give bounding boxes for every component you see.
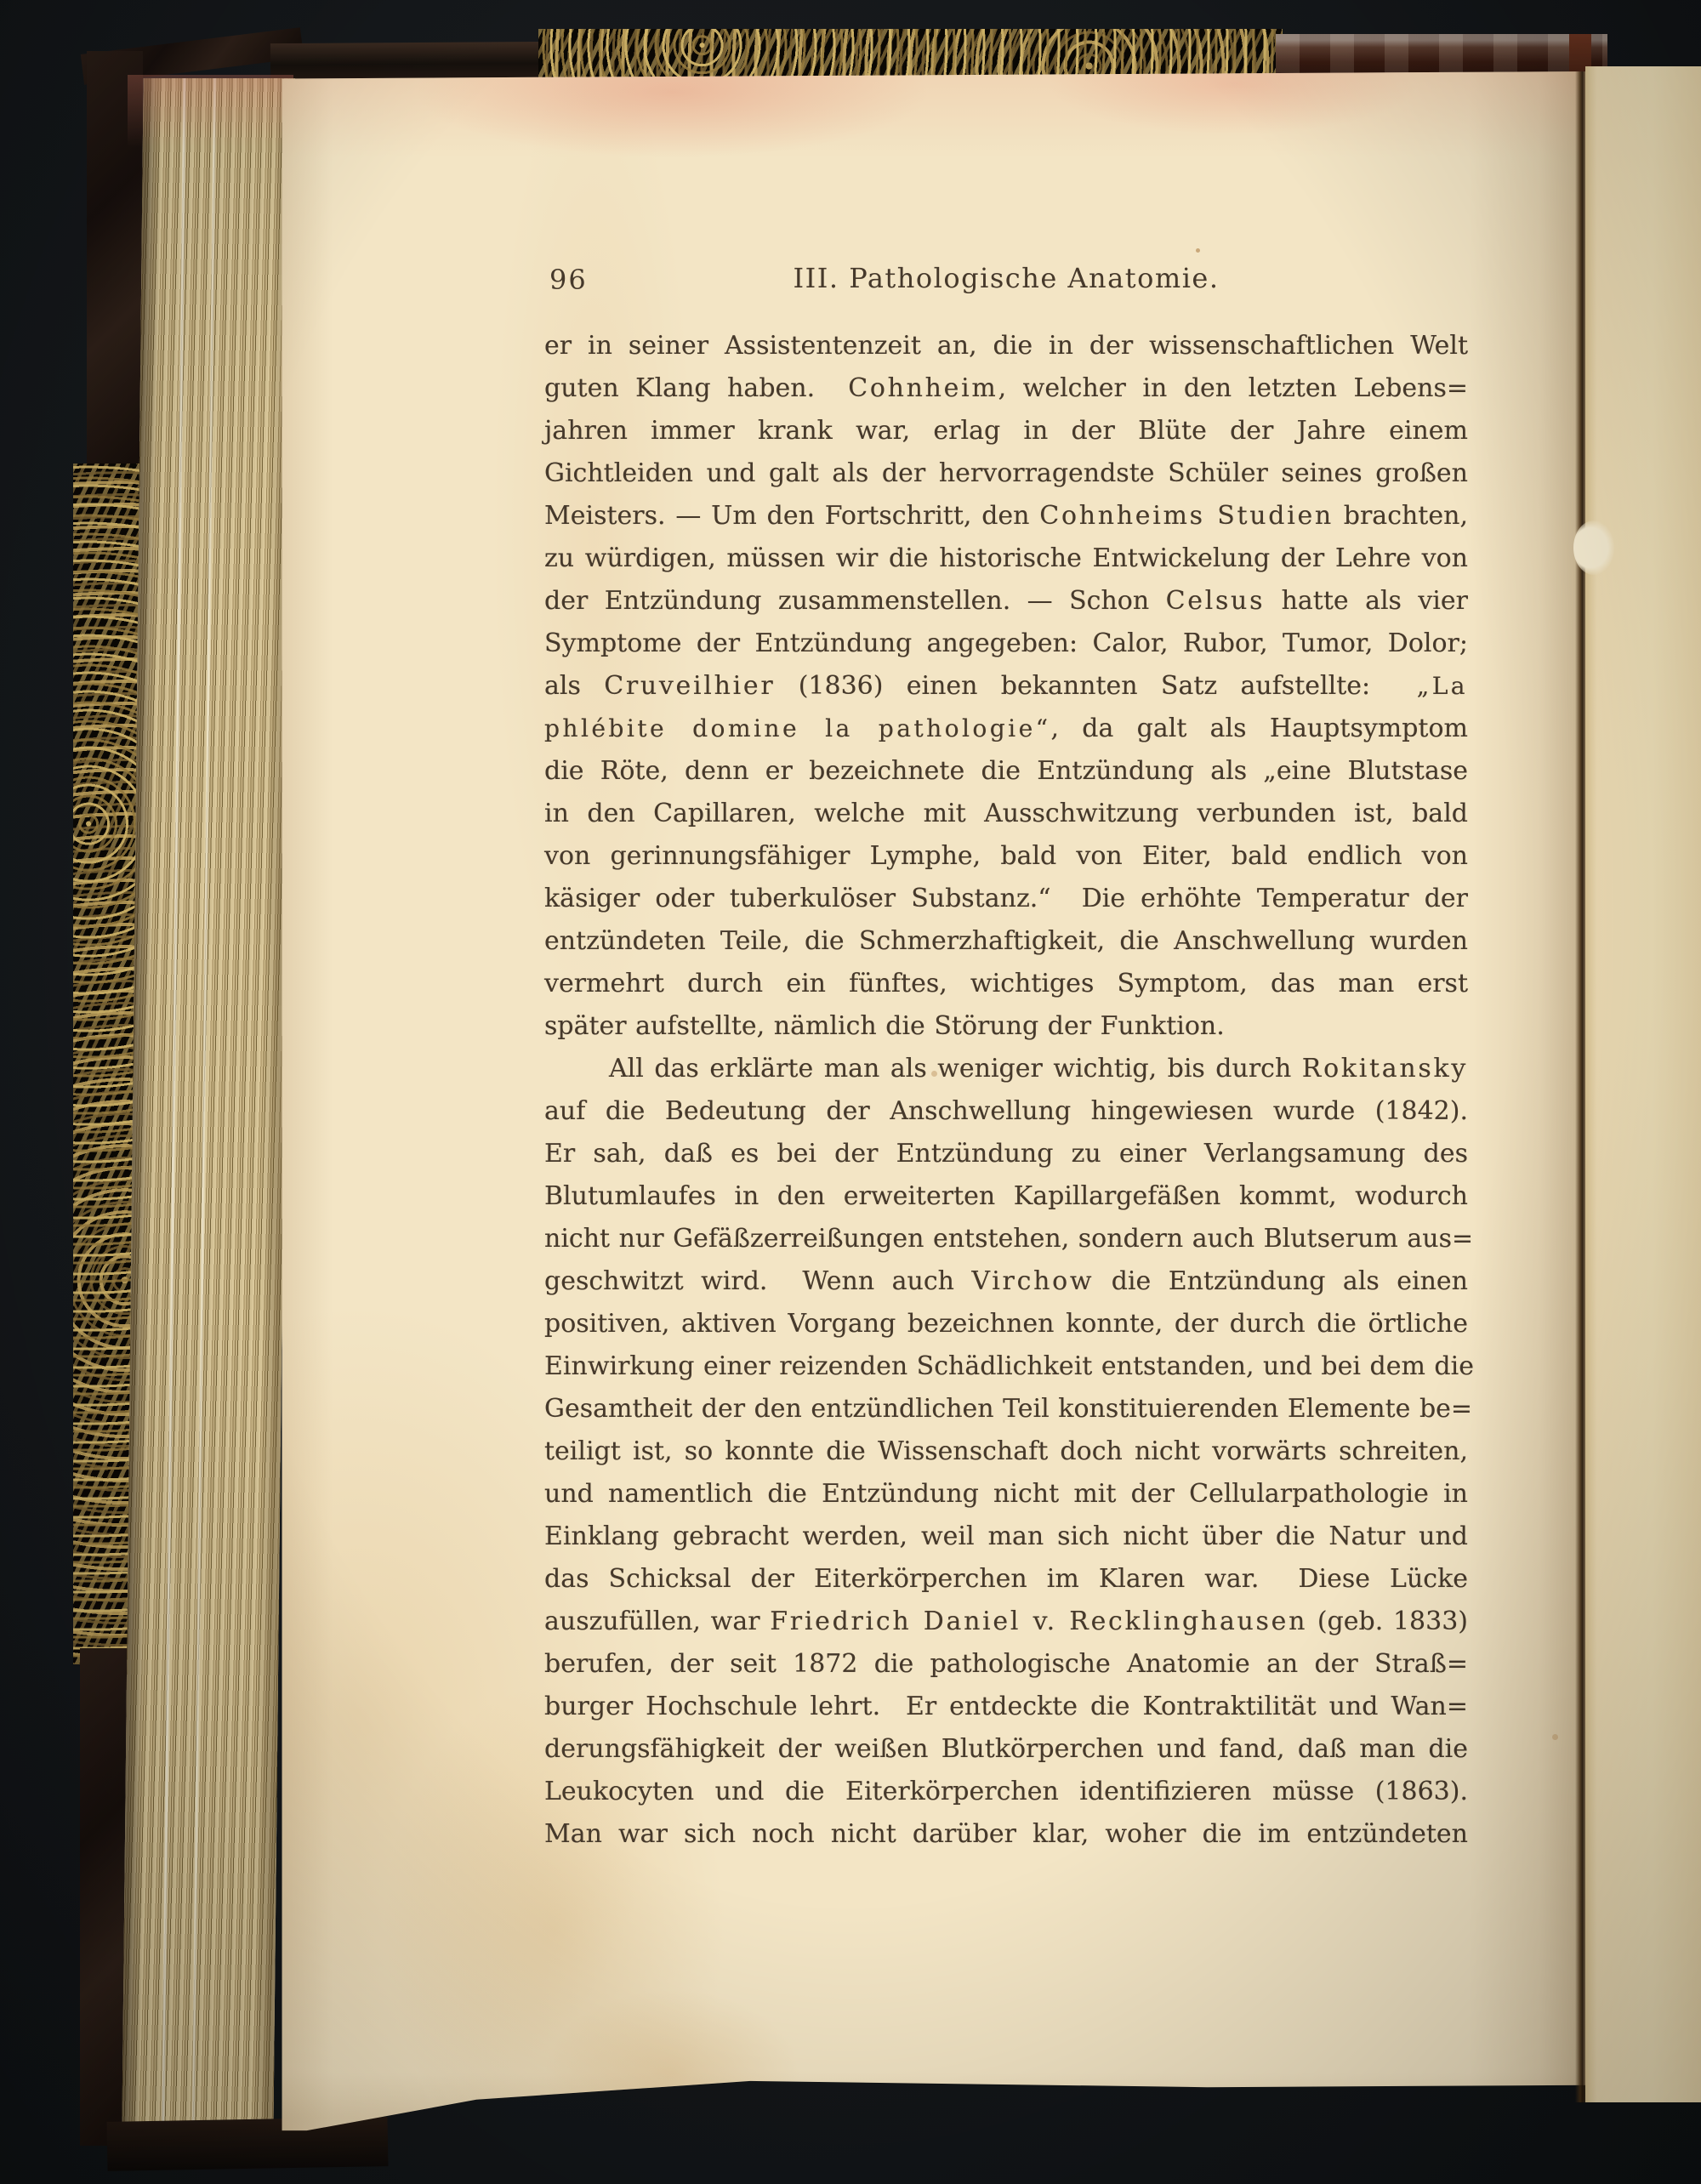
text-segment: , welcher in den letzten Lebens=	[998, 373, 1468, 403]
text-segment: die Entzündung als einen	[1094, 1266, 1468, 1296]
text-segment: in den Capillaren, welche mit Ausschwitz…	[544, 799, 1468, 828]
running-head-title: III. Pathologische Anatomie.	[544, 255, 1468, 294]
text-line: Einwirkung einer reizenden Schädlichkeit…	[544, 1345, 1468, 1388]
page-number: 96	[549, 264, 588, 296]
text-segment: zu würdigen, müssen wir die historische …	[544, 543, 1468, 573]
text-line: berufen, der seit 1872 die pathologische…	[544, 1643, 1468, 1686]
text-segment: Man war sich noch nicht darüber klar, wo…	[544, 1819, 1468, 1849]
text-line: und namentlich die Entzündung nicht mit …	[544, 1473, 1468, 1516]
text-line: Meisters. — Um den Fortschritt, den Cohn…	[544, 495, 1468, 537]
running-header: 96 III. Pathologische Anatomie.	[544, 255, 1468, 304]
text-segment: später aufstellte, nämlich die Störung d…	[544, 1011, 1225, 1041]
text-line: Symptome der Entzündung angegeben: Calor…	[544, 623, 1468, 665]
text-segment: auszufüllen, war	[544, 1607, 770, 1636]
text-line: vermehrt durch ein fünftes, wichtiges Sy…	[544, 963, 1468, 1005]
text-line: entzündeten Teile, die Schmerzhaftigkeit…	[544, 920, 1468, 963]
text-line: teiligt ist, so konnte die Wissenschaft …	[544, 1430, 1468, 1473]
spaced-name: Friedrich Daniel v. Recklinghausen	[770, 1607, 1307, 1636]
text-segment: und namentlich die Entzündung nicht mit …	[544, 1479, 1468, 1509]
text-line: nicht nur Gefäßzerreißungen entstehen, s…	[544, 1218, 1468, 1260]
text-line: von gerinnungsfähiger Lymphe, bald von E…	[544, 835, 1468, 878]
text-line: als Cruveilhier (1836) einen bekannten S…	[544, 665, 1468, 708]
text-segment: guten Klang haben.	[544, 373, 848, 403]
text-line: jahren immer krank war, erlag in der Blü…	[544, 410, 1468, 452]
spaced-name: Virchow	[971, 1266, 1094, 1296]
cover-bottom-edge	[107, 2117, 389, 2171]
text-line: geschwitzt wird. Wenn auch Virchow die E…	[544, 1260, 1468, 1303]
text-line: zu würdigen, müssen wir die historische …	[544, 537, 1468, 580]
text-segment: der Entzündung zusammenstellen. — Schon	[544, 586, 1166, 616]
text-segment: er in seiner Assistentenzeit an, die in …	[544, 331, 1468, 361]
text-line: das Schicksal der Eiterkörperchen im Kla…	[544, 1558, 1468, 1601]
spaced-name: Celsus	[1166, 586, 1266, 616]
text-segment: Blutumlaufes in den erweiterten Kapillar…	[544, 1181, 1468, 1211]
text-segment: burger Hochschule lehrt. Er entdeckte di…	[544, 1692, 1468, 1721]
text-segment: nicht nur Gefäßzerreißungen entstehen, s…	[544, 1224, 1473, 1254]
text-segment: hatte als vier	[1265, 586, 1468, 616]
text-line: die Röte, denn er bezeichnete die Entzün…	[544, 750, 1468, 793]
printed-text-block: 96 III. Pathologische Anatomie. er in se…	[544, 255, 1468, 1856]
text-line: Man war sich noch nicht darüber klar, wo…	[544, 1813, 1468, 1856]
text-segment: Gichtleiden und galt als der hervorragen…	[544, 458, 1468, 488]
text-segment: (1836) einen bekannten Satz aufstellte:	[775, 671, 1416, 701]
paper-flaw	[1573, 520, 1614, 575]
text-line: phlébite domine la pathologie“, da galt …	[544, 708, 1468, 750]
text-line: später aufstellte, nämlich die Störung d…	[544, 1005, 1468, 1048]
page-stack-red-tint	[128, 75, 293, 147]
scanned-book-photo: 96 III. Pathologische Anatomie. er in se…	[0, 0, 1701, 2184]
text-segment: auf die Bedeutung der Anschwellung hinge…	[544, 1096, 1468, 1126]
text-segment: vermehrt durch ein fünftes, wichtiges Sy…	[544, 969, 1468, 998]
text-segment: Meisters. — Um den Fortschritt, den	[544, 501, 1039, 531]
text-segment: Einklang gebracht werden, weil man sich …	[544, 1521, 1468, 1551]
text-line: Er sah, daß es bei der Entzündung zu ein…	[544, 1133, 1468, 1175]
text-segment: All das erklärte man als weniger wichtig…	[609, 1054, 1302, 1083]
text-line: auf die Bedeutung der Anschwellung hinge…	[544, 1090, 1468, 1133]
text-segment: Einwirkung einer reizenden Schädlichkeit…	[544, 1351, 1474, 1381]
text-segment: brachten,	[1334, 501, 1468, 531]
text-segment: Symptome der Entzündung angegeben: Calor…	[544, 628, 1468, 658]
text-line: auszufüllen, war Friedrich Daniel v. Rec…	[544, 1601, 1468, 1643]
text-line: derungsfähigkeit der weißen Blutkörperch…	[544, 1728, 1468, 1771]
text-segment: käsiger oder tuberkulöser Substanz.“ Die…	[544, 884, 1468, 913]
text-line: Blutumlaufes in den erweiterten Kapillar…	[544, 1175, 1468, 1218]
text-line: in den Capillaren, welche mit Ausschwitz…	[544, 793, 1468, 835]
foxing-specks	[1196, 248, 1200, 253]
text-segment: Gesamtheit der den entzündlichen Teil ko…	[544, 1394, 1472, 1424]
body-text: er in seiner Assistentenzeit an, die in …	[544, 325, 1468, 1856]
spaced-name: Cohnheims Studien	[1039, 501, 1334, 531]
text-line: Leukocyten und die Eiterkörperchen ident…	[544, 1771, 1468, 1813]
antiqua-quote: phlébite domine la pathologie“	[544, 714, 1050, 742]
text-line: käsiger oder tuberkulöser Substanz.“ Die…	[544, 878, 1468, 920]
text-segment: Leukocyten und die Eiterkörperchen ident…	[544, 1777, 1468, 1806]
text-segment: die Röte, denn er bezeichnete die Entzün…	[544, 756, 1468, 786]
text-line: er in seiner Assistentenzeit an, die in …	[544, 325, 1468, 367]
text-segment: teiligt ist, so konnte die Wissenschaft …	[544, 1436, 1468, 1466]
text-segment: berufen, der seit 1872 die pathologische…	[544, 1649, 1468, 1679]
text-segment: entzündeten Teile, die Schmerzhaftigkeit…	[544, 926, 1468, 956]
text-line: All das erklärte man als weniger wichtig…	[544, 1048, 1468, 1090]
spaced-name: Cruveilhier	[604, 671, 775, 701]
text-segment: (geb. 1833)	[1307, 1607, 1468, 1636]
text-line: burger Hochschule lehrt. Er entdeckte di…	[544, 1686, 1468, 1728]
text-segment: das Schicksal der Eiterkörperchen im Kla…	[544, 1564, 1468, 1594]
text-segment: von gerinnungsfähiger Lymphe, bald von E…	[544, 841, 1468, 871]
spaced-name: Cohnheim	[848, 373, 998, 403]
text-segment: als	[544, 671, 604, 701]
text-line: der Entzündung zusammenstellen. — Schon …	[544, 580, 1468, 623]
text-line: Einklang gebracht werden, weil man sich …	[544, 1516, 1468, 1558]
text-segment: derungsfähigkeit der weißen Blutkörperch…	[544, 1734, 1468, 1764]
cover-top-edge	[270, 42, 560, 82]
text-line: Gichtleiden und galt als der hervorragen…	[544, 452, 1468, 495]
text-line: positiven, aktiven Vorgang bezeichnen ko…	[544, 1303, 1468, 1345]
text-segment: , da galt als Hauptsymptom	[1050, 714, 1468, 743]
antiqua-quote: „La	[1417, 672, 1468, 700]
text-line: guten Klang haben. Cohnheim, welcher in …	[544, 367, 1468, 410]
text-segment: positiven, aktiven Vorgang bezeichnen ko…	[544, 1309, 1468, 1339]
fore-edge-page-stack	[122, 78, 294, 2136]
facing-page-edge	[1585, 66, 1701, 2102]
text-segment: Er sah, daß es bei der Entzündung zu ein…	[544, 1139, 1468, 1169]
text-line: Gesamtheit der den entzündlichen Teil ko…	[544, 1388, 1468, 1430]
text-segment: jahren immer krank war, erlag in der Blü…	[544, 416, 1468, 446]
spaced-name: Rokitansky	[1302, 1054, 1468, 1083]
text-segment: geschwitzt wird. Wenn auch	[544, 1266, 971, 1296]
